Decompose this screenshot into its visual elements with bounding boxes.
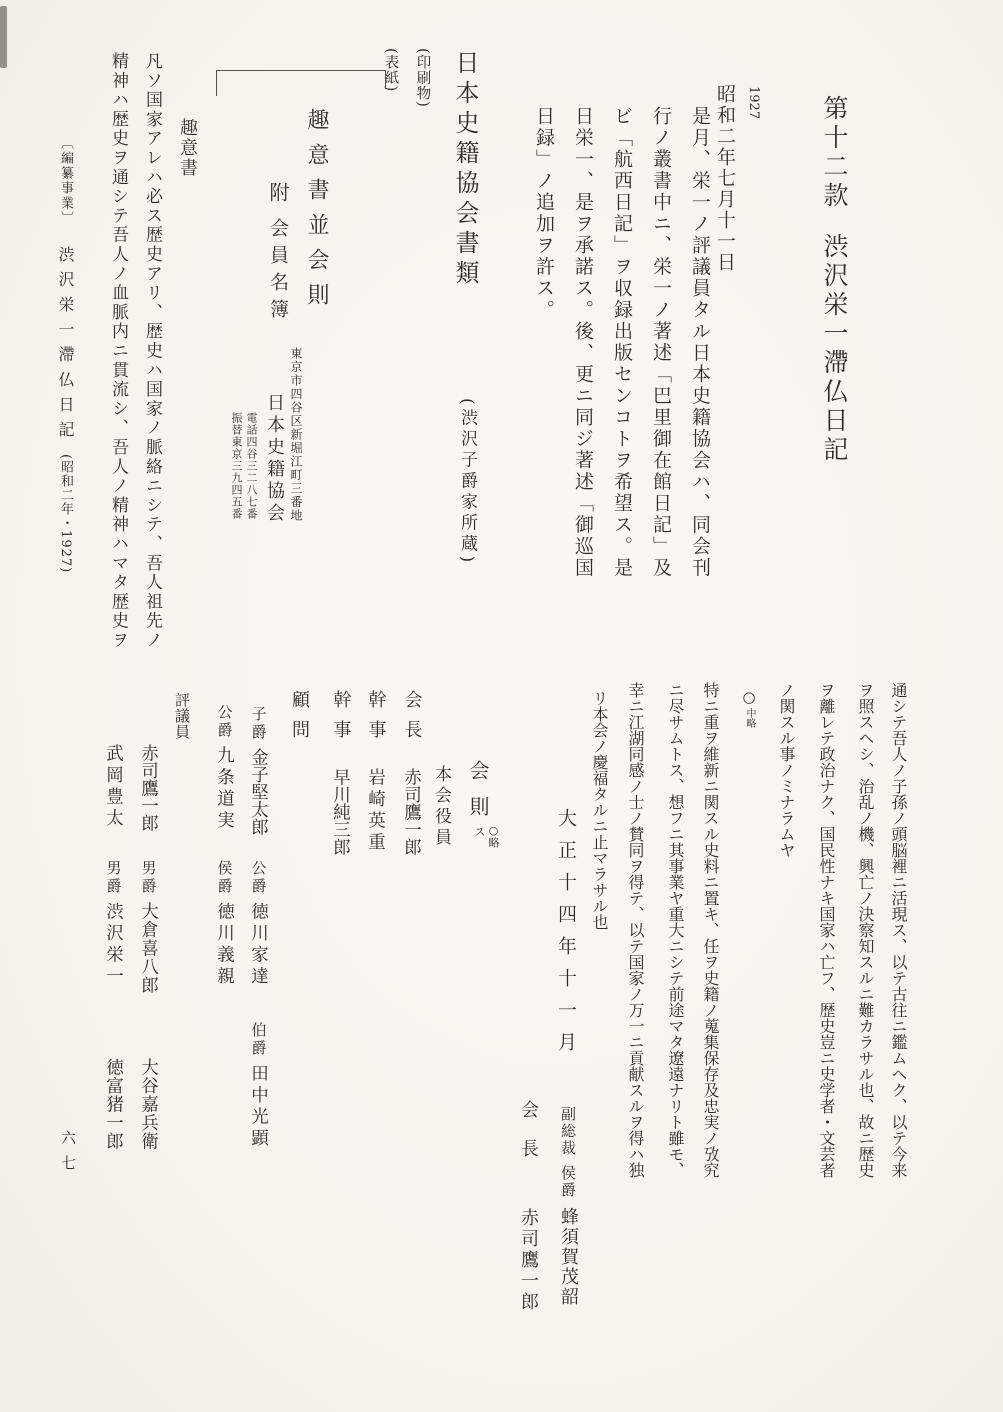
rules-heading: 会則 bbox=[468, 760, 488, 832]
margin-edition-date: (昭和二年・1927) bbox=[59, 454, 72, 573]
cover-publisher: 日本史籍協会 bbox=[265, 393, 283, 525]
entry-date: 昭和二年七月十一日 bbox=[715, 84, 734, 273]
cover-border-left bbox=[216, 70, 217, 96]
advisor-name: 徳川家達 bbox=[249, 902, 269, 988]
cover-appendix: 附会員名簿 bbox=[268, 182, 288, 326]
rules-omission-note-right: ○略 bbox=[488, 824, 499, 848]
councilor-name: 大倉喜八郎 bbox=[139, 902, 159, 995]
cover-border-top bbox=[216, 70, 386, 71]
entry-line: 日栄一、是ヲ承諾ス。後、更ニ同ジ著述「御巡国 bbox=[573, 106, 592, 579]
advisor-name: 金子堅太郎 bbox=[249, 748, 269, 836]
vice-president-name: 蜂須賀茂韶 bbox=[558, 1207, 579, 1307]
officer-secretary: 幹事早川純三郎 bbox=[331, 690, 350, 856]
cover-address: 東京市四谷区新堀江町三番地 bbox=[290, 347, 302, 523]
prospectus-line: リ本会ノ慶福タルニ止マラサル也 bbox=[591, 690, 607, 930]
advisor-rank: 侯爵 bbox=[216, 860, 234, 896]
councilor-rank: 男爵 bbox=[105, 860, 123, 896]
councilor-name: 徳富猪一郎 bbox=[104, 1058, 122, 1151]
rules-omission-note-left: ス bbox=[474, 826, 485, 837]
omission-label: 中略 bbox=[744, 708, 755, 728]
entry-line: 日録」ノ追加ヲ許ス。 bbox=[534, 106, 553, 321]
document-title: 日本史籍協会書類 bbox=[453, 50, 477, 290]
officer-name: 岩崎英重 bbox=[366, 768, 386, 854]
cover-appendix-title: 会員名簿 bbox=[267, 218, 289, 326]
prospectus-line: 通シテ吾人ノ子孫ノ頭脳裡ニ活現ス、以テ古往ニ鑑ムヘク、以テ今来 bbox=[890, 682, 906, 1178]
margin-edition-label: 〔編纂事業〕 bbox=[59, 136, 72, 226]
entry-section-title: 渋沢栄一滯仏日記 bbox=[820, 233, 849, 465]
entry-line: ビ「航西日記」ヲ収録出版センコトヲ希望ス。是 bbox=[612, 106, 631, 579]
document-note-printed: (印刷物) bbox=[415, 48, 430, 108]
prospectus-date: 大正十四年十一月 bbox=[556, 808, 575, 1064]
prospectus-line: ノ関スル事ノミナラムヤ bbox=[778, 682, 794, 858]
prospectus-line: 幸ニ江湖同感ノ士ノ賛同ヲ得テ、以テ国家ノ万一ニ貢献スルヲ得ハ独 bbox=[627, 682, 643, 1178]
officer-role: 幹事 bbox=[331, 690, 352, 750]
entry-line: 是月、栄一ノ評議員タル日本史籍協会ハ、同会刊 bbox=[690, 106, 709, 579]
councilor-name: 渋沢栄一 bbox=[104, 902, 124, 988]
entry-section-no: 第十二款 bbox=[820, 95, 849, 211]
omission-circle-mark: ○ bbox=[740, 688, 758, 706]
vice-president-role: 副総裁 bbox=[559, 1106, 577, 1157]
prospectus-line: 特ニ重ヲ維新ニ関スル史料ニ置キ、任ヲ史籍ノ蒐集保存及忠実ノ攷究 bbox=[702, 682, 718, 1178]
entry-heading: 第十二款渋沢栄一滯仏日記 bbox=[822, 95, 847, 465]
advisor-entry: 子爵金子堅太郎 bbox=[249, 706, 267, 836]
officer-name: 早川純三郎 bbox=[331, 768, 351, 856]
advisor-name: 九条道実 bbox=[215, 746, 235, 832]
scan-smudge bbox=[0, 6, 7, 68]
advisor-entry: 公爵徳川家達 bbox=[249, 860, 267, 988]
prospectus-heading: 趣意書 bbox=[178, 118, 196, 178]
advisor-name: 田中光顕 bbox=[249, 1064, 269, 1150]
officer-secretary: 幹事岩崎英重 bbox=[366, 690, 385, 854]
vice-president-signature: 副総裁侯爵蜂須賀茂韶 bbox=[559, 1106, 577, 1307]
councilor-name: 武岡豊太 bbox=[104, 744, 122, 830]
prospectus-line: 凡ソ国家アレハ必ス歴史アリ、歴史ハ国家ノ脈絡ニシテ、吾人祖先ノ bbox=[143, 52, 160, 650]
officers-heading: 本会役員 bbox=[432, 765, 449, 849]
cover-title: 趣意書並会則 bbox=[305, 108, 327, 318]
scanned-book-page: 第十二款渋沢栄一滯仏日記 1927 昭和二年七月十一日 是月、栄一ノ評議員タル日… bbox=[0, 0, 1003, 1412]
president-role: 会長 bbox=[518, 1100, 539, 1178]
prospectus-line: ニ尽サムトス、想フニ其事業ヤ重大ニシテ前途マタ遼遠ナリト雖モ、 bbox=[667, 682, 683, 1178]
entry-line: 行ノ叢書中ニ、栄一ノ著述「巴里御在館日記」及 bbox=[651, 106, 670, 579]
advisor-entry: 伯爵田中光顕 bbox=[249, 1022, 267, 1150]
advisor-entry: 公爵九条道実 bbox=[215, 704, 233, 832]
advisor-name: 徳川義親 bbox=[215, 902, 235, 988]
advisor-entry: 侯爵徳川義親 bbox=[215, 860, 233, 988]
advisor-rank: 公爵 bbox=[250, 860, 268, 896]
cover-appendix-prefix: 附 bbox=[266, 182, 290, 202]
councilor-entry: 男爵大倉喜八郎 bbox=[139, 860, 157, 995]
margin-edition-title: 渋沢栄一滯仏日記 bbox=[57, 246, 73, 446]
document-source: (渋沢子爵家所蔵) bbox=[458, 398, 475, 566]
officer-name: 赤司鷹一郎 bbox=[402, 768, 422, 856]
president-signature: 会長赤司鷹一郎 bbox=[519, 1100, 537, 1313]
councilor-name: 大谷嘉兵衛 bbox=[139, 1058, 157, 1151]
advisors-heading: 顧問 bbox=[290, 690, 308, 750]
advisor-rank: 公爵 bbox=[216, 704, 234, 740]
officer-chairman: 会長赤司鷹一郎 bbox=[402, 690, 421, 856]
advisor-rank: 子爵 bbox=[250, 706, 268, 742]
councilor-name: 赤司鷹一郎 bbox=[139, 744, 157, 832]
prospectus-line: 精神ハ歴史ヲ通シテ吾人ノ血脈内ニ貫流シ、吾人ノ精神ハマタ歴史ヲ bbox=[109, 52, 126, 650]
entry-year: 1927 bbox=[747, 86, 760, 119]
cover-transfer: 振替東京三九四五番 bbox=[231, 412, 242, 520]
councilor-rank: 男爵 bbox=[140, 860, 158, 896]
officer-role: 幹事 bbox=[366, 690, 387, 750]
page-number: 六七 bbox=[60, 1130, 75, 1180]
president-name: 赤司鷹一郎 bbox=[518, 1208, 539, 1313]
advisor-rank: 伯爵 bbox=[250, 1022, 268, 1058]
officer-role: 会長 bbox=[402, 690, 423, 750]
cover-telephone: 電話四谷三二八七番 bbox=[246, 412, 257, 520]
prospectus-line: ヲ照スヘシ、治乱ノ機、興亡ノ決察知スルニ難カラサル也、故ニ歴史 bbox=[857, 682, 873, 1178]
councilor-entry: 男爵渋沢栄一 bbox=[104, 860, 122, 988]
prospectus-omission: ○中略 bbox=[741, 688, 756, 728]
vice-president-rank: 侯爵 bbox=[559, 1165, 577, 1199]
councilors-heading: 評議員 bbox=[174, 692, 189, 740]
cover-border-right bbox=[385, 70, 386, 89]
prospectus-line: ヲ離レテ政治ナク、国民性ナキ国家ハ亡フ、歴史豈ニ史学者・文芸者 bbox=[818, 682, 834, 1178]
